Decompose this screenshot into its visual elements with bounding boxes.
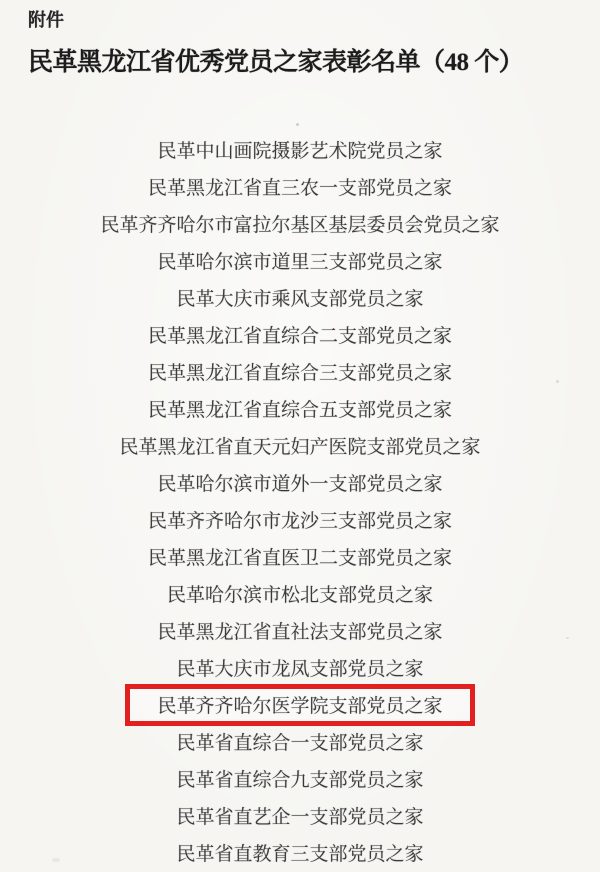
list-item: 民革黑龙江省直医卫二支部党员之家 xyxy=(0,538,600,575)
list-item: 民革齐齐哈尔市龙沙三支部党员之家 xyxy=(0,501,600,538)
list-item: 民革中山画院摄影艺术院党员之家 xyxy=(0,131,600,168)
list-item: 民革黑龙江省直综合三支部党员之家 xyxy=(0,353,600,390)
scan-speck xyxy=(556,380,559,383)
scan-speck xyxy=(52,858,60,862)
list-item-text: 民革大庆市龙凤支部党员之家 xyxy=(176,654,423,681)
list-item-text: 民革黑龙江省直医卫二支部党员之家 xyxy=(148,543,452,570)
list-item-text: 民革中山画院摄影艺术院党员之家 xyxy=(157,136,442,163)
list-item-text: 民革省直教育三支部党员之家 xyxy=(176,839,423,866)
list-item-text: 民革黑龙江省直三农一支部党员之家 xyxy=(148,173,452,200)
list-item: 民革省直综合一支部党员之家 xyxy=(0,723,600,760)
list-item: 民革黑龙江省直综合二支部党员之家 xyxy=(0,316,600,353)
scan-speck xyxy=(566,637,569,639)
list-item-text: 民革齐齐哈尔医学院支部党员之家 xyxy=(157,691,442,718)
list-item-text: 民革黑龙江省直天元妇产医院支部党员之家 xyxy=(119,432,480,459)
list-item: 民革大庆市乘风支部党员之家 xyxy=(0,279,600,316)
list-item: 民革齐齐哈尔医学院支部党员之家 xyxy=(0,686,600,723)
attachment-label: 附件 xyxy=(28,6,64,32)
list-item: 民革大庆市龙凤支部党员之家 xyxy=(0,649,600,686)
list-item-text: 民革黑龙江省直综合五支部党员之家 xyxy=(148,395,452,422)
list-item-text: 民革省直综合九支部党员之家 xyxy=(176,765,423,792)
list-item: 民革黑龙江省直综合五支部党员之家 xyxy=(0,390,600,427)
list-item-text: 民革哈尔滨市松北支部党员之家 xyxy=(167,580,433,607)
list-item: 民革省直教育三支部党员之家 xyxy=(0,834,600,871)
red-highlight-box: 民革齐齐哈尔医学院支部党员之家 xyxy=(125,684,474,726)
list-item-text: 民革省直综合一支部党员之家 xyxy=(176,728,423,755)
list-item-text: 民革哈尔滨市道外一支部党员之家 xyxy=(157,469,442,496)
list-item: 民革省直艺企一支部党员之家 xyxy=(0,797,600,834)
list-item: 民革哈尔滨市道里三支部党员之家 xyxy=(0,242,600,279)
list-item-text: 民革黑龙江省直社法支部党员之家 xyxy=(157,617,442,644)
list-item: 民革省直综合九支部党员之家 xyxy=(0,760,600,797)
scanned-document-page: { "page": { "attachment_label": "附件", "t… xyxy=(0,0,600,872)
list-item: 民革黑龙江省直三农一支部党员之家 xyxy=(0,168,600,205)
list-item-text: 民革哈尔滨市道里三支部党员之家 xyxy=(157,247,442,274)
commendation-name-list: 民革中山画院摄影艺术院党员之家民革黑龙江省直三农一支部党员之家民革齐齐哈尔市富拉… xyxy=(0,131,600,871)
list-item-text: 民革黑龙江省直综合二支部党员之家 xyxy=(148,321,452,348)
list-item: 民革黑龙江省直社法支部党员之家 xyxy=(0,612,600,649)
list-item-text: 民革齐齐哈尔市富拉尔基区基层委员会党员之家 xyxy=(100,210,499,237)
list-item-text: 民革齐齐哈尔市龙沙三支部党员之家 xyxy=(148,506,452,533)
list-item: 民革哈尔滨市道外一支部党员之家 xyxy=(0,464,600,501)
list-item-text: 民革黑龙江省直综合三支部党员之家 xyxy=(148,358,452,385)
page-title: 民革黑龙江省优秀党员之家表彰名单（48 个） xyxy=(28,42,588,78)
scan-speck xyxy=(296,123,299,126)
list-item: 民革齐齐哈尔市富拉尔基区基层委员会党员之家 xyxy=(0,205,600,242)
list-item: 民革哈尔滨市松北支部党员之家 xyxy=(0,575,600,612)
list-item: 民革黑龙江省直天元妇产医院支部党员之家 xyxy=(0,427,600,464)
list-item-text: 民革省直艺企一支部党员之家 xyxy=(176,802,423,829)
list-item-text: 民革大庆市乘风支部党员之家 xyxy=(176,284,423,311)
